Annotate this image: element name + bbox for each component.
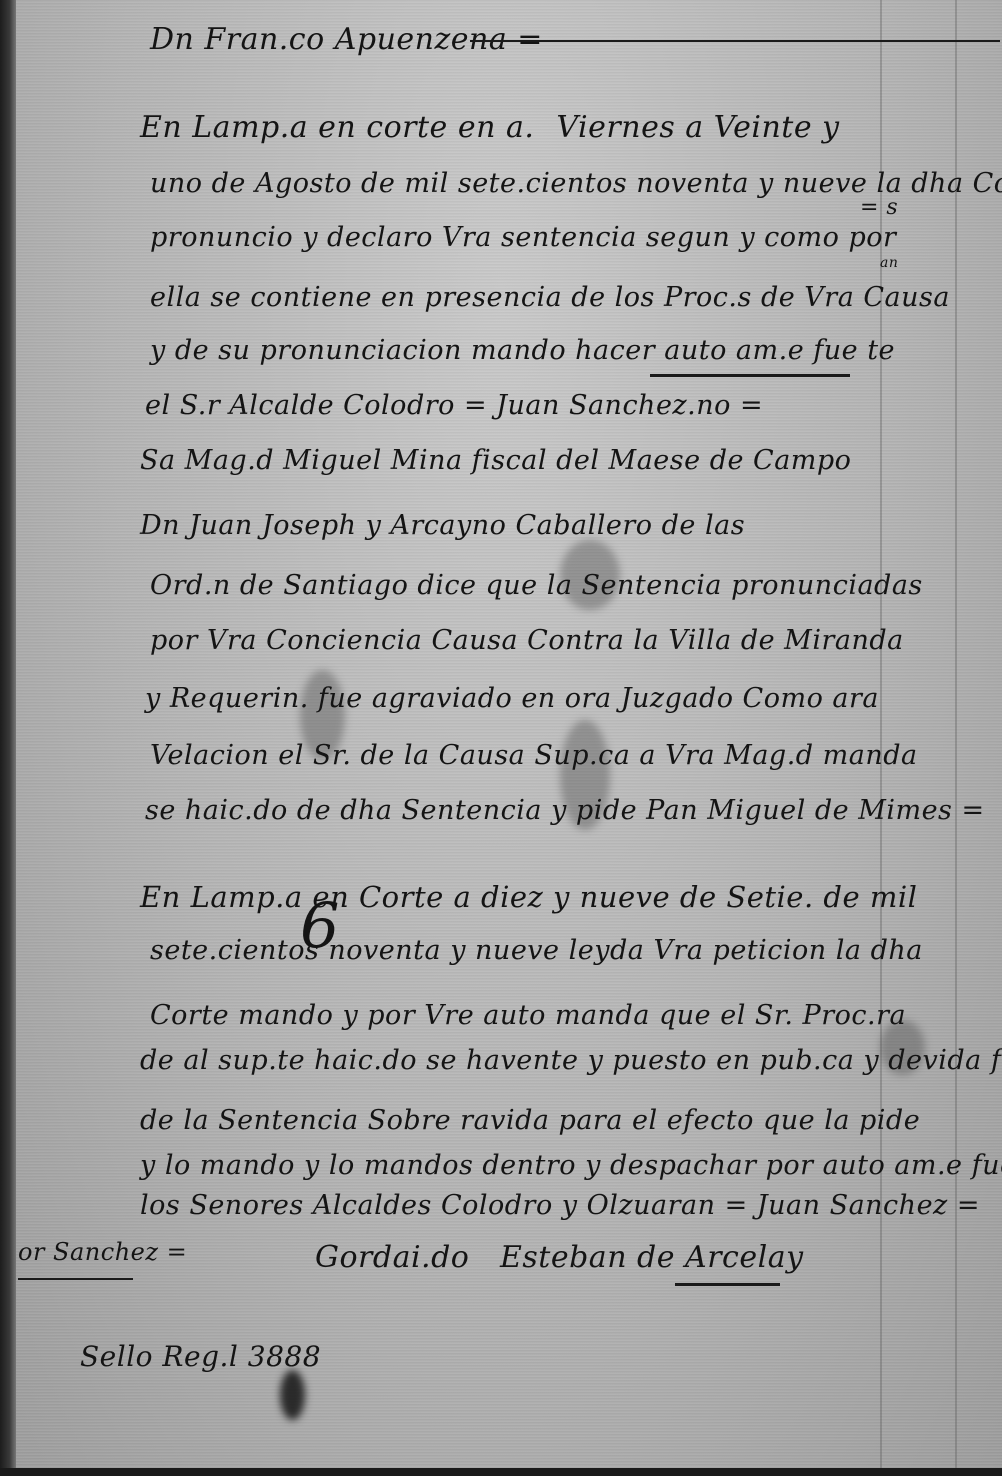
paragraph-1-line-3: pronuncio y declaro Vra sentencia segun … — [150, 222, 896, 253]
header-rule — [470, 40, 1000, 42]
paragraph-2-line-2: Dn Juan Joseph y Arcayno Caballero de la… — [140, 510, 745, 541]
paragraph-1-end-rule — [650, 374, 850, 377]
large-numeral: 6 — [300, 895, 340, 957]
signature-flourish — [675, 1283, 780, 1286]
margin-signature: or Sanchez = — [18, 1238, 187, 1266]
paragraph-3-line-4: de al sup.te haic.do se havente y puesto… — [140, 1045, 1002, 1076]
paragraph-3-line-1: En Lamp.a en Corte a diez y nueve de Set… — [140, 880, 917, 914]
notary-signature: Gordai.do — [315, 1240, 469, 1275]
paragraph-3-line-3: Corte mando y por Vre auto manda que el … — [150, 1000, 906, 1031]
fold-line — [955, 0, 957, 1476]
ink-stain — [280, 1370, 305, 1420]
margin-note: = s — [860, 195, 898, 220]
paragraph-1-line-4: ella se contiene en presencia de los Pro… — [150, 282, 950, 313]
paragraph-3-line-6: y lo mando y lo mandos dentro y despacha… — [140, 1150, 1002, 1181]
official-signature: Esteban de Arcelay — [500, 1240, 804, 1275]
paragraph-2-line-5: y Requerin. fue agraviado en ora Juzgado… — [145, 683, 879, 714]
paragraph-3-line-7: los Senores Alcaldes Colodro y Olzuaran … — [140, 1190, 980, 1221]
margin-signature-rule — [18, 1278, 133, 1280]
paragraph-2-line-6: Velacion el Sr. de la Causa Sup.ca a Vra… — [150, 740, 918, 771]
paragraph-1-line-5: y de su pronunciacion mando hacer auto a… — [150, 335, 895, 366]
manuscript-page: Dn Fran.co Apuenzena = En Lamp.a en cort… — [0, 0, 1002, 1476]
page-binding-edge — [0, 0, 16, 1476]
paragraph-2-line-3: Ord.n de Santiago dice que la Sentencia … — [150, 570, 923, 601]
paragraph-3-line-2: sete.cientos noventa y nueve leyda Vra p… — [150, 935, 923, 966]
paragraph-1-line-6: el S.r Alcalde Colodro = Juan Sanchez.no… — [145, 390, 763, 421]
paragraph-2-line-7: se haic.do de dha Sentencia y pide Pan M… — [145, 795, 985, 826]
paragraph-3-line-5: de la Sentencia Sobre ravida para el efe… — [140, 1105, 920, 1136]
paragraph-2-line-1: Sa Mag.d Miguel Mina fiscal del Maese de… — [140, 445, 851, 476]
page-bottom-edge — [0, 1468, 1002, 1476]
seal-notation: Sello Reg.l 3888 — [80, 1340, 321, 1373]
paragraph-2-line-4: por Vra Conciencia Causa Contra la Villa… — [150, 625, 904, 656]
paragraph-1-line-1: En Lamp.a en corte en a. Viernes a Veint… — [140, 110, 840, 145]
margin-note: an — [880, 255, 898, 271]
